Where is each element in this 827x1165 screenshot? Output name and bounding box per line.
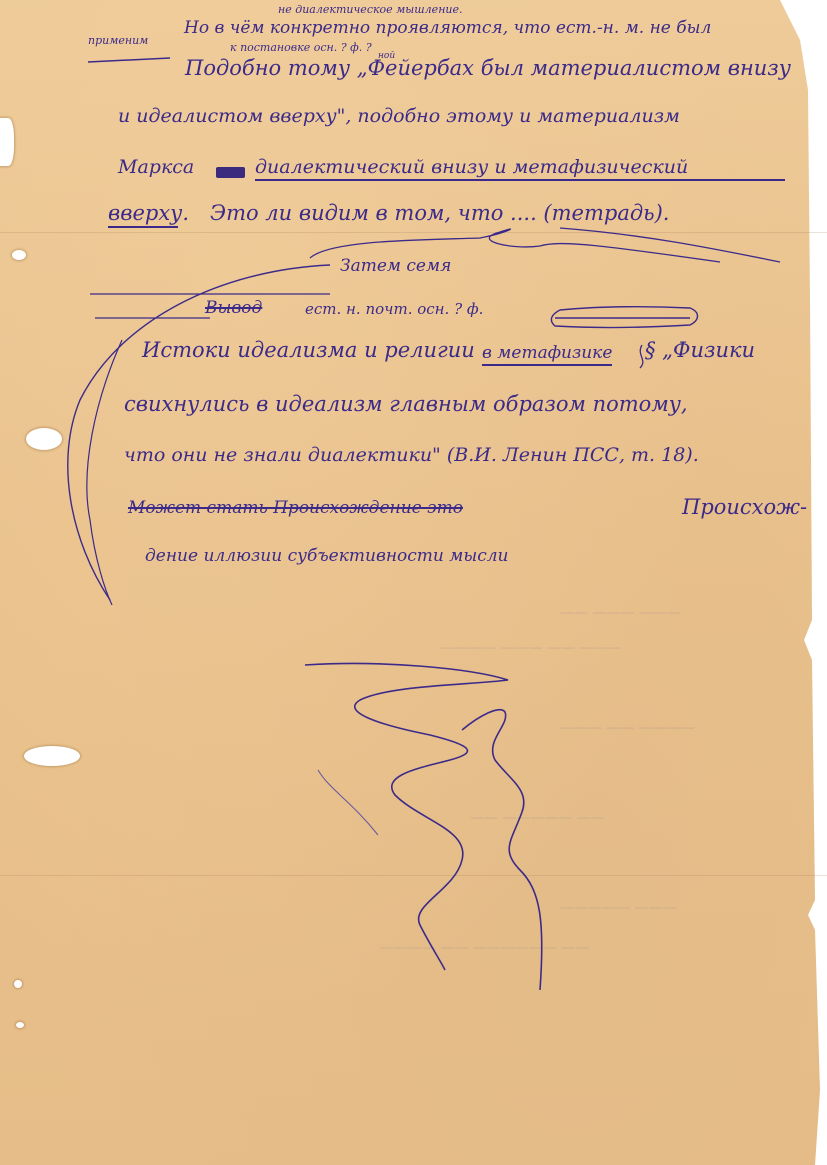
handwritten-line: и идеалистом вверху", подобно этому и ма… xyxy=(118,107,680,126)
superscript-note: не диалектическое мышление. xyxy=(278,4,463,15)
handwritten-line: ест. н. почт. осн. ? ф. xyxy=(305,302,483,317)
bleed-through-text: ———— —— —————— —— xyxy=(380,940,589,956)
handwritten-line: Но в чём конкретно проявляются, что ест.… xyxy=(184,20,711,37)
bleed-through-text: —— ————— —— xyxy=(470,810,605,826)
punch-hole xyxy=(26,428,62,450)
torn-edge-hole xyxy=(0,118,14,166)
punch-hole xyxy=(24,746,80,766)
paper-fold-crease xyxy=(0,232,827,233)
handwritten-line: Истоки идеализма и религии xyxy=(142,340,475,361)
handwritten-line: свихнулись в идеализм главным образом по… xyxy=(124,394,688,415)
bleed-through-text: —— ——— ——— xyxy=(560,605,681,621)
underlined-word: вверху. xyxy=(108,203,178,228)
margin-note: применим xyxy=(88,35,148,46)
handwritten-line: что они не знали диалектики" (В.И. Ленин… xyxy=(124,446,699,465)
punch-hole xyxy=(14,980,22,988)
bleed-through-text: ————— ——— xyxy=(560,900,676,916)
underlined-phrase: диалектический внизу и метафизический xyxy=(255,158,785,181)
handwritten-line: Это ли видим в том, что .... (тетрадь). xyxy=(210,203,669,224)
crossed-out-word: Вывод xyxy=(205,300,262,317)
interlinear-note: к постановке осн. ? ф. ? xyxy=(230,42,372,53)
bleed-through-text: ———— ——— —— ——— xyxy=(440,640,621,656)
handwritten-line: § „Физики xyxy=(645,340,755,361)
crossed-out-phrase: Может стать Происхождение это xyxy=(128,500,463,517)
punch-hole xyxy=(16,1022,24,1028)
punch-hole xyxy=(12,250,26,260)
handwritten-heading: Затем семя xyxy=(340,258,451,275)
handwritten-line: Подобно тому „Фейербах был материалистом… xyxy=(185,58,791,79)
ink-blot-crossout xyxy=(216,167,245,178)
paper-fold-crease xyxy=(0,875,827,876)
handwritten-line: Происхож- xyxy=(682,497,807,518)
underlined-phrase: в метафизике xyxy=(482,345,612,366)
bleed-through-text: ——— —— ———— xyxy=(560,720,695,736)
handwritten-line: дение иллюзии субъективности мысли xyxy=(145,548,509,565)
handwritten-line: Маркса xyxy=(118,158,194,177)
